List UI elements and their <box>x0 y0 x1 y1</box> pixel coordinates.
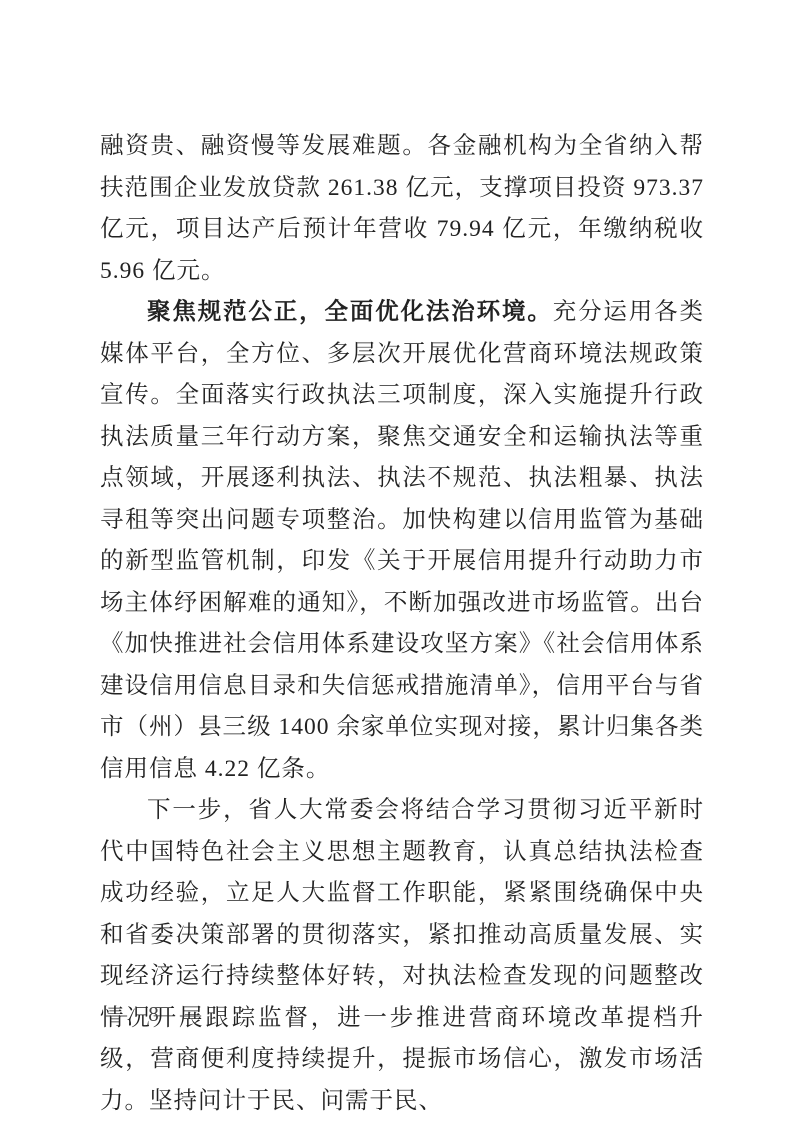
page-number: — 8 — <box>106 1000 209 1028</box>
paragraph: 下一步，省人大常委会将结合学习贯彻习近平新时代中国特色社会主义思想主题教育，认真… <box>100 790 704 1122</box>
document-page: 融资贵、融资慢等发展难题。各金融机构为全省纳入帮扶范围企业发放贷款 261.38… <box>0 0 793 1122</box>
paragraph: 融资贵、融资慢等发展难题。各金融机构为全省纳入帮扶范围企业发放贷款 261.38… <box>100 126 704 292</box>
paragraph-text: 下一步，省人大常委会将结合学习贯彻习近平新时代中国特色社会主义思想主题教育，认真… <box>100 797 704 1114</box>
paragraph-text: 充分运用各类媒体平台，全方位、多层次开展优化营商环境法规政策宣传。全面落实行政执… <box>100 299 704 782</box>
paragraph-bold-lead: 聚焦规范公正，全面优化法治环境。 <box>147 299 553 325</box>
paragraph: 聚焦规范公正，全面优化法治环境。充分运用各类媒体平台，全方位、多层次开展优化营商… <box>100 292 704 790</box>
document-body: 融资贵、融资慢等发展难题。各金融机构为全省纳入帮扶范围企业发放贷款 261.38… <box>100 126 704 1122</box>
paragraph-text: 融资贵、融资慢等发展难题。各金融机构为全省纳入帮扶范围企业发放贷款 261.38… <box>100 133 704 284</box>
